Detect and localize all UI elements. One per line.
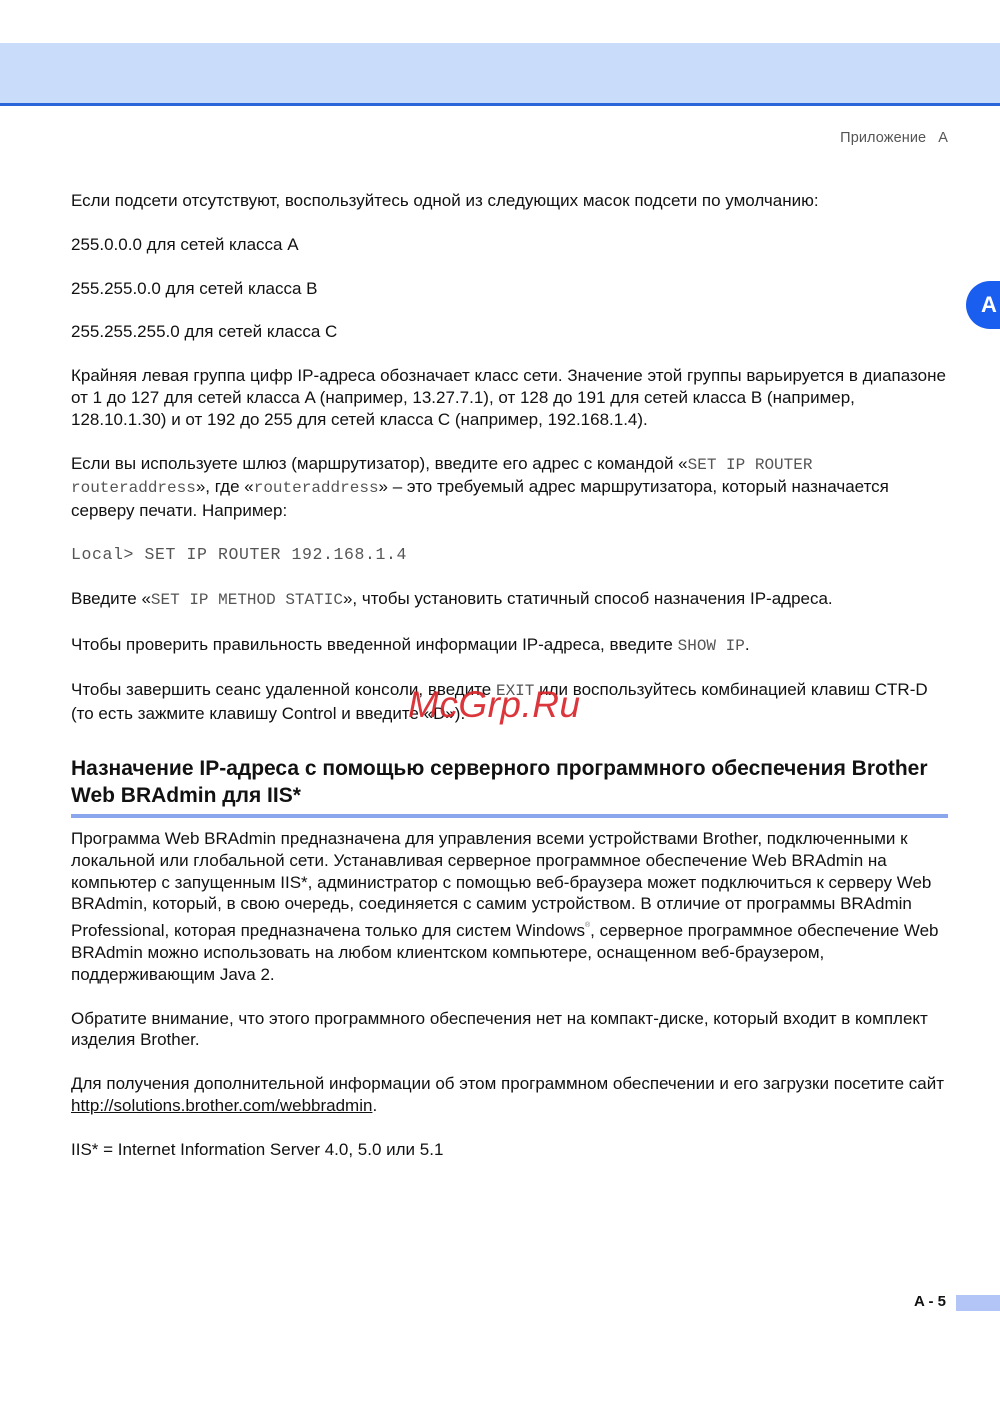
paragraph-network-class: Крайняя левая группа цифр IP-адреса обоз… — [71, 365, 951, 430]
text: Для получения дополнительной информации … — [71, 1074, 944, 1093]
code-example: Local> SET IP ROUTER 192.168.1.4 — [71, 544, 951, 566]
webbradmin-link[interactable]: http://solutions.brother.com/webbradmin — [71, 1096, 372, 1115]
paragraph-cd-note: Обратите внимание, что этого программног… — [71, 1008, 951, 1052]
chapter-label: Приложение — [840, 130, 926, 146]
paragraph-iis-footnote: IIS* = Internet Information Server 4.0, … — [71, 1139, 951, 1161]
mask-class-c: 255.255.255.0 для сетей класса C — [71, 321, 951, 343]
chapter-side-tab: A — [966, 281, 1000, 329]
paragraph-no-subnets: Если подсети отсутствуют, воспользуйтесь… — [71, 190, 951, 212]
paragraph-static: Введите «SET IP METHOD STATIC», чтобы ус… — [71, 588, 951, 612]
code-show-ip: SHOW IP — [678, 637, 745, 655]
text: », где « — [196, 477, 254, 496]
running-header: ПриложениеA — [840, 130, 948, 146]
chapter-letter: A — [938, 130, 948, 146]
text: », чтобы установить статичный способ наз… — [343, 589, 833, 608]
text: Чтобы проверить правильность введенной и… — [71, 635, 678, 654]
footer-bar — [956, 1295, 1000, 1311]
text: . — [372, 1096, 377, 1115]
header-band — [0, 43, 1000, 106]
code-set-ip-method-static: SET IP METHOD STATIC — [151, 591, 343, 609]
section-subnet-masks: Если подсети отсутствуют, воспользуйтесь… — [71, 190, 951, 747]
mask-class-b: 255.255.0.0 для сетей класса B — [71, 278, 951, 300]
section-web-bradmin: Программа Web BRAdmin предназначена для … — [71, 828, 951, 1183]
text: Введите « — [71, 589, 151, 608]
mask-class-a: 255.0.0.0 для сетей класса A — [71, 234, 951, 256]
page-number: A - 5 — [914, 1293, 946, 1310]
text: Если вы используете шлюз (маршрутизатор)… — [71, 454, 688, 473]
text: . — [745, 635, 750, 654]
paragraph-more-info: Для получения дополнительной информации … — [71, 1073, 951, 1117]
paragraph-web-bradmin-intro: Программа Web BRAdmin предназначена для … — [71, 828, 951, 986]
paragraph-gateway: Если вы используете шлюз (маршрутизатор)… — [71, 453, 951, 522]
code-routeraddress: routeraddress — [254, 479, 379, 497]
paragraph-show-ip: Чтобы проверить правильность введенной и… — [71, 634, 951, 658]
section-heading-web-bradmin: Назначение IP-адреса с помощью серверног… — [71, 755, 948, 818]
watermark: McGrp.Ru — [408, 684, 581, 726]
